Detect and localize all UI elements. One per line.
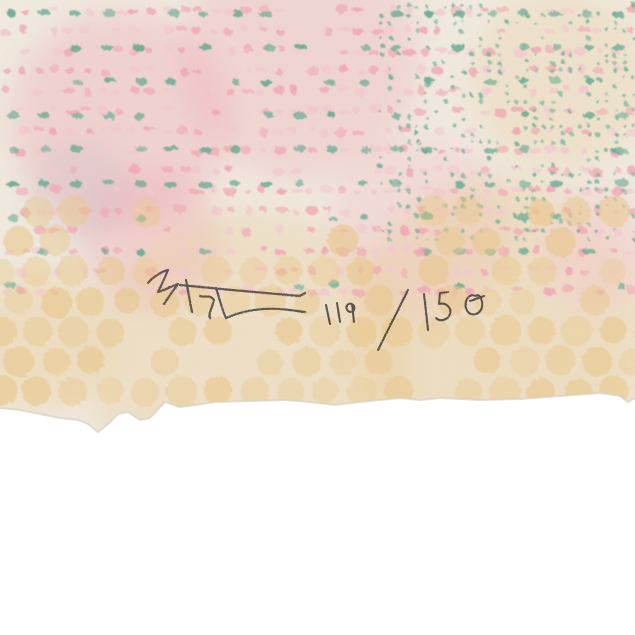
artwork-photo: Artist signature (pencil) 119/150 — [0, 0, 635, 635]
print-paper — [0, 0, 635, 635]
